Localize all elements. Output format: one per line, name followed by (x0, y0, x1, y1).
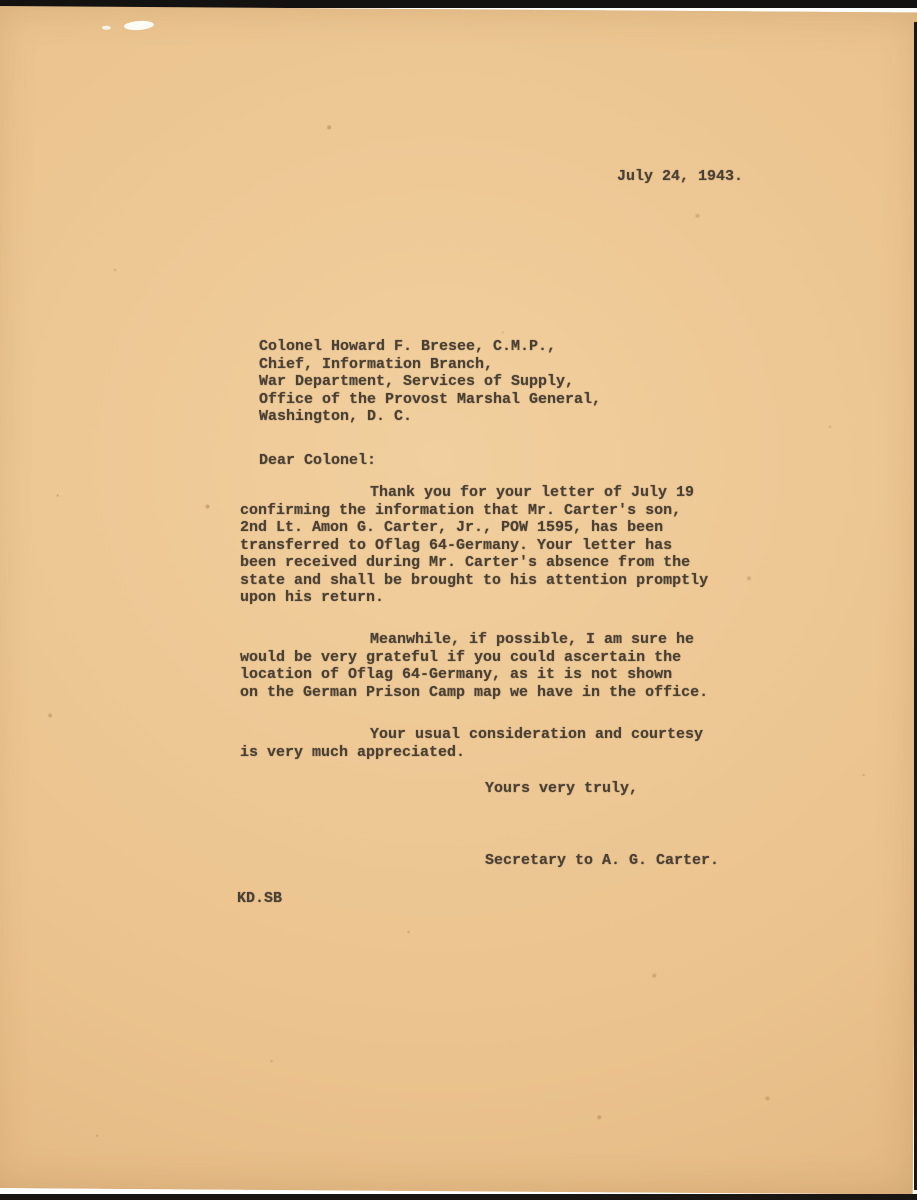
letter-line: is very much appreciated. (240, 744, 703, 762)
recipient-line: War Department, Services of Supply, (259, 373, 601, 391)
body-paragraph-1: Thank you for your letter of July 19 con… (240, 484, 708, 607)
letter-line: Your usual consideration and courtesy (240, 726, 703, 744)
letter-line: Thank you for your letter of July 19 (240, 484, 708, 502)
letter-date: July 24, 1943. (617, 168, 743, 186)
typist-initials: KD.SB (237, 890, 282, 908)
body-paragraph-3: Your usual consideration and courtesy is… (240, 726, 703, 761)
salutation: Dear Colonel: (259, 452, 376, 470)
scan-edge-bottom (0, 1194, 917, 1200)
recipient-line: Washington, D. C. (259, 408, 601, 426)
signature-line: Secretary to A. G. Carter. (485, 852, 719, 870)
letter-line: on the German Prison Camp map we have in… (240, 684, 708, 702)
letter-line: been received during Mr. Carter's absenc… (240, 554, 708, 572)
letter-line: confirming the information that Mr. Cart… (240, 502, 708, 520)
letter-line: would be very grateful if you could asce… (240, 649, 708, 667)
letter-line: 2nd Lt. Amon G. Carter, Jr., POW 1595, h… (240, 519, 708, 537)
letter-line: state and shall be brought to his attent… (240, 572, 708, 590)
recipient-line: Colonel Howard F. Bresee, C.M.P., (259, 338, 601, 356)
paper-tear-mark-small (102, 26, 111, 30)
letter-line: location of Oflag 64-Germany, as it is n… (240, 666, 708, 684)
recipient-line: Office of the Provost Marshal General, (259, 391, 601, 409)
recipient-line: Chief, Information Branch, (259, 356, 601, 374)
paper-tear-mark (123, 20, 154, 32)
letter-line: upon his return. (240, 589, 708, 607)
body-paragraph-2: Meanwhile, if possible, I am sure he wou… (240, 631, 708, 701)
letter-line: Meanwhile, if possible, I am sure he (240, 631, 708, 649)
letter-line: transferred to Oflag 64-Germany. Your le… (240, 537, 708, 555)
recipient-address-block: Colonel Howard F. Bresee, C.M.P., Chief,… (259, 338, 601, 426)
complimentary-closing: Yours very truly, (485, 780, 638, 798)
